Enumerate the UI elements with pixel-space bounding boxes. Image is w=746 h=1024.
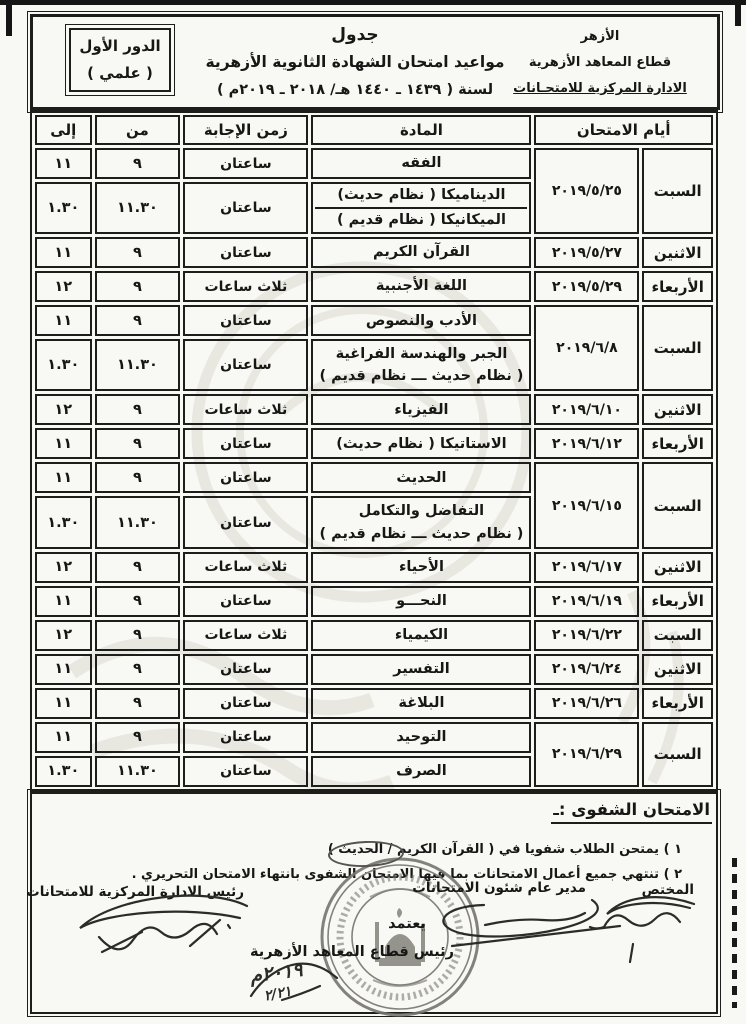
- exam-row: السبت٢٠١٩/٦/٨الأدب والنصوصساعتان٩١١: [35, 305, 713, 336]
- subject-line: البلاغة: [315, 692, 527, 714]
- subject-block: الجبر والهندسة الفراغية( نظام حديث ـــ ن…: [315, 341, 527, 389]
- day-cell: الأربعاء: [642, 586, 713, 617]
- to-cell: ١١: [35, 305, 92, 336]
- duration-cell: ساعتان: [183, 182, 308, 234]
- date-cell: ٢٠١٩/٦/٢٤: [534, 654, 639, 685]
- day-cell: السبت: [642, 148, 713, 234]
- subject-lines: النحـــو: [315, 588, 527, 615]
- subject-line: ( نظام حديث ـــ نظام قديم ): [315, 523, 527, 545]
- exam-row: الأربعاء٢٠١٩/٦/١٩النحـــوساعتان٩١١: [35, 586, 713, 617]
- subject-line: التفسير: [315, 658, 527, 680]
- document-page: الأزهر قطاع المعاهد الأزهرية الادارة الم…: [0, 0, 746, 1024]
- scan-artifact-left: [6, 0, 12, 36]
- exam-table: أيام الامتحان المادة زمن الإجابة من إلى …: [32, 112, 716, 790]
- day-cell: الأربعاء: [642, 688, 713, 719]
- subject-block: النحـــو: [315, 588, 527, 615]
- signature-label-exams-director: مدير عام شئون الامتحانات: [412, 880, 586, 896]
- to-cell: ١.٣٠: [35, 496, 92, 548]
- day-cell: الأربعاء: [642, 271, 713, 302]
- to-cell: ١١: [35, 237, 92, 268]
- to-cell: ١١: [35, 586, 92, 617]
- subject-line: الصرف: [315, 760, 527, 782]
- subject-cell: التوحيد: [311, 722, 531, 753]
- subject-line: الحديث: [315, 467, 527, 489]
- doc-subtitle: مواعيد امتحان الشهادة الثانوية الأزهرية: [201, 48, 509, 76]
- from-cell: ١١.٣٠: [95, 496, 181, 548]
- subject-line: الكيمياء: [315, 624, 527, 646]
- exam-row: الاثنين٢٠١٩/٥/٢٧القرآن الكريمساعتان٩١١: [35, 237, 713, 268]
- to-cell: ١.٣٠: [35, 182, 92, 234]
- subject-lines: البلاغة: [315, 690, 527, 717]
- subject-lines: التوحيد: [315, 724, 527, 751]
- date-cell: ٢٠١٩/٥/٢٩: [534, 271, 639, 302]
- subject-block: اللغة الأجنبية: [315, 273, 527, 300]
- header-exam-days: أيام الامتحان: [534, 115, 713, 145]
- date-cell: ٢٠١٩/٦/٢٩: [534, 722, 639, 787]
- subject-block: البلاغة: [315, 690, 527, 717]
- from-cell: ٩: [95, 462, 181, 493]
- from-cell: ٩: [95, 688, 181, 719]
- subject-lines: التفسير: [315, 656, 527, 683]
- subject-block: الفيزياء: [315, 396, 527, 423]
- subject-line: الاستاتيكا ( نظام حديث): [315, 433, 527, 455]
- to-cell: ١.٣٠: [35, 339, 92, 391]
- to-cell: ١١: [35, 148, 92, 179]
- subject-lines: القرآن الكريم: [315, 239, 527, 266]
- day-cell: السبت: [642, 462, 713, 548]
- duration-cell: ساعتان: [183, 428, 308, 459]
- date-cell: ٢٠١٩/٦/٢٢: [534, 620, 639, 651]
- subject-block: الفقه: [315, 150, 527, 177]
- doc-title: جدول: [201, 22, 509, 48]
- subject-cell: الاستاتيكا ( نظام حديث): [311, 428, 531, 459]
- subject-line: الأحياء: [315, 556, 527, 578]
- exam-row: السبت٢٠١٩/٦/٢٩التوحيدساعتان٩١١: [35, 722, 713, 753]
- org-line-1: الأزهر: [491, 24, 709, 50]
- subject-block: الأدب والنصوص: [315, 307, 527, 334]
- subject-cell: الأدب والنصوص: [311, 305, 531, 336]
- to-cell: ١١: [35, 654, 92, 685]
- subject-cell: النحـــو: [311, 586, 531, 617]
- subject-block: القرآن الكريم: [315, 239, 527, 266]
- subject-lines: الديناميكا ( نظام حديث)الميكانيكا ( نظام…: [315, 184, 527, 232]
- subject-block: الاستاتيكا ( نظام حديث): [315, 430, 527, 457]
- subject-cell: الحديث: [311, 462, 531, 493]
- subject-line: اللغة الأجنبية: [315, 275, 527, 297]
- duration-cell: ساعتان: [183, 305, 308, 336]
- subject-cell: البلاغة: [311, 688, 531, 719]
- subject-line: النحـــو: [315, 590, 527, 612]
- to-cell: ١٢: [35, 271, 92, 302]
- to-cell: ١١: [35, 462, 92, 493]
- table-header-row: أيام الامتحان المادة زمن الإجابة من إلى: [35, 115, 713, 145]
- subject-cell: التفسير: [311, 654, 531, 685]
- subject-lines: الحديث: [315, 464, 527, 491]
- exam-table-section: أيام الامتحان المادة زمن الإجابة من إلى …: [30, 110, 718, 792]
- approval-word: يعتمد: [362, 916, 452, 932]
- date-cell: ٢٠١٩/٦/١٢: [534, 428, 639, 459]
- duration-cell: ساعتان: [183, 496, 308, 548]
- duration-cell: ساعتان: [183, 237, 308, 268]
- approver-title: رئيس قطاع المعاهد الأزهرية: [202, 944, 502, 960]
- round-box: الدور الأول ( علمي ): [69, 28, 171, 92]
- day-cell: الأربعاء: [642, 428, 713, 459]
- subject-lines: اللغة الأجنبية: [315, 273, 527, 300]
- from-cell: ٩: [95, 237, 181, 268]
- subject-lines: الاستاتيكا ( نظام حديث): [315, 430, 527, 457]
- from-cell: ١١.٣٠: [95, 182, 181, 234]
- from-cell: ٩: [95, 305, 181, 336]
- subject-cell: الجبر والهندسة الفراغية( نظام حديث ـــ ن…: [311, 339, 531, 391]
- exam-row: الأربعاء٢٠١٩/٦/٢٦البلاغةساعتان٩١١: [35, 688, 713, 719]
- header-subject: المادة: [311, 115, 531, 145]
- subject-line: الجبر والهندسة الفراغية: [315, 343, 527, 365]
- to-cell: ١١: [35, 688, 92, 719]
- day-cell: الاثنين: [642, 237, 713, 268]
- subject-lines: الفيزياء: [315, 396, 527, 423]
- day-cell: السبت: [642, 620, 713, 651]
- handwritten-year: ٢٠١٩م: [249, 959, 304, 987]
- subject-lines: التفاضل والتكامل( نظام حديث ـــ نظام قدي…: [315, 498, 527, 546]
- day-cell: الاثنين: [642, 654, 713, 685]
- date-cell: ٢٠١٩/٦/٢٦: [534, 688, 639, 719]
- exam-row: الأربعاء٢٠١٩/٥/٢٩اللغة الأجنبيةثلاث ساعا…: [35, 271, 713, 302]
- duration-cell: ساعتان: [183, 462, 308, 493]
- subject-cell: الديناميكا ( نظام حديث)الميكانيكا ( نظام…: [311, 182, 531, 234]
- org-block: الأزهر قطاع المعاهد الأزهرية الادارة الم…: [491, 24, 709, 102]
- from-cell: ٩: [95, 428, 181, 459]
- subject-block: التوحيد: [315, 724, 527, 751]
- from-cell: ٩: [95, 654, 181, 685]
- subject-cell: التفاضل والتكامل( نظام حديث ـــ نظام قدي…: [311, 496, 531, 548]
- date-cell: ٢٠١٩/٦/١٠: [534, 394, 639, 425]
- duration-cell: ساعتان: [183, 722, 308, 753]
- day-cell: الاثنين: [642, 394, 713, 425]
- title-block: جدول مواعيد امتحان الشهادة الثانوية الأز…: [201, 22, 509, 104]
- scan-artifact-top: [0, 0, 746, 5]
- subject-lines: الكيمياء: [315, 622, 527, 649]
- duration-cell: ثلاث ساعات: [183, 620, 308, 651]
- from-cell: ٩: [95, 722, 181, 753]
- exam-row: الاثنين٢٠١٩/٦/١٠الفيزياءثلاث ساعات٩١٢: [35, 394, 713, 425]
- header-to: إلى: [35, 115, 92, 145]
- duration-cell: ثلاث ساعات: [183, 394, 308, 425]
- exam-row: السبت٢٠١٩/٦/٢٢الكيمياءثلاث ساعات٩١٢: [35, 620, 713, 651]
- from-cell: ٩: [95, 394, 181, 425]
- subject-lines: الأدب والنصوص: [315, 307, 527, 334]
- to-cell: ١١: [35, 428, 92, 459]
- duration-cell: ثلاث ساعات: [183, 552, 308, 583]
- official-round-stamp: [315, 852, 485, 1022]
- exam-table-body: السبت٢٠١٩/٥/٢٥الفقهساعتان٩١١الديناميكا (…: [35, 148, 713, 787]
- to-cell: ١٢: [35, 394, 92, 425]
- subject-cell: الكيمياء: [311, 620, 531, 651]
- day-cell: السبت: [642, 722, 713, 787]
- subject-line: ( نظام حديث ـــ نظام قديم ): [315, 365, 527, 387]
- from-cell: ١١.٣٠: [95, 339, 181, 391]
- subject-lines: الأحياء: [315, 554, 527, 581]
- org-line-3: الادارة المركزية للامتحـانات: [491, 76, 709, 102]
- duration-cell: ثلاث ساعات: [183, 271, 308, 302]
- date-cell: ٢٠١٩/٦/١٩: [534, 586, 639, 617]
- signature-label-central-admin-head: رئيس الادارة المركزية للامتحانات: [26, 884, 244, 900]
- date-cell: ٢٠١٩/٦/٨: [534, 305, 639, 391]
- from-cell: ٩: [95, 552, 181, 583]
- subject-line: التوحيد: [315, 726, 527, 748]
- to-cell: ١٢: [35, 620, 92, 651]
- subject-cell: الأحياء: [311, 552, 531, 583]
- subject-block: الديناميكا ( نظام حديث): [315, 184, 527, 207]
- exam-row: السبت٢٠١٩/٥/٢٥الفقهساعتان٩١١: [35, 148, 713, 179]
- day-cell: السبت: [642, 305, 713, 391]
- date-cell: ٢٠١٩/٦/١٥: [534, 462, 639, 548]
- subject-block: الكيمياء: [315, 622, 527, 649]
- subject-block: الأحياء: [315, 554, 527, 581]
- document-header: الأزهر قطاع المعاهد الأزهرية الادارة الم…: [30, 14, 720, 110]
- exam-row: السبت٢٠١٩/٦/١٥الحديثساعتان٩١١: [35, 462, 713, 493]
- subject-block: الميكانيكا ( نظام قديم ): [315, 207, 527, 232]
- subject-cell: القرآن الكريم: [311, 237, 531, 268]
- header-duration: زمن الإجابة: [183, 115, 308, 145]
- subject-cell: الصرف: [311, 756, 531, 787]
- subject-cell: الفقه: [311, 148, 531, 179]
- exam-row: الاثنين٢٠١٩/٦/٢٤التفسيرساعتان٩١١: [35, 654, 713, 685]
- subject-block: التفاضل والتكامل( نظام حديث ـــ نظام قدي…: [315, 498, 527, 546]
- subject-lines: الجبر والهندسة الفراغية( نظام حديث ـــ ن…: [315, 341, 527, 389]
- duration-cell: ساعتان: [183, 654, 308, 685]
- scan-artifact-right: [735, 0, 741, 26]
- exam-row: الاثنين٢٠١٩/٦/١٧الأحياءثلاث ساعات٩١٢: [35, 552, 713, 583]
- date-cell: ٢٠١٩/٦/١٧: [534, 552, 639, 583]
- subject-line: التفاضل والتكامل: [315, 500, 527, 522]
- subject-line: الميكانيكا ( نظام قديم ): [315, 209, 527, 231]
- from-cell: ٩: [95, 148, 181, 179]
- duration-cell: ساعتان: [183, 339, 308, 391]
- subject-line: الديناميكا ( نظام حديث): [315, 184, 527, 206]
- scan-artifact-edge: [732, 858, 737, 1008]
- subject-block: التفسير: [315, 656, 527, 683]
- subject-block: الحديث: [315, 464, 527, 491]
- subject-line: الفيزياء: [315, 399, 527, 421]
- from-cell: ٩: [95, 586, 181, 617]
- org-line-2: قطاع المعاهد الأزهرية: [491, 50, 709, 76]
- round-line-1: الدور الأول: [79, 33, 160, 60]
- from-cell: ٩: [95, 271, 181, 302]
- subject-lines: الصرف: [315, 758, 527, 785]
- subject-line: القرآن الكريم: [315, 241, 527, 263]
- date-cell: ٢٠١٩/٥/٢٧: [534, 237, 639, 268]
- day-cell: الاثنين: [642, 552, 713, 583]
- subject-line: الفقه: [315, 152, 527, 174]
- exam-row: الأربعاء٢٠١٩/٦/١٢الاستاتيكا ( نظام حديث)…: [35, 428, 713, 459]
- subject-lines: الفقه: [315, 150, 527, 177]
- oral-exam-section: الامتحان الشفوى :ـ ١ ) يمتحن الطلاب شفوي…: [30, 792, 718, 1014]
- oral-exam-heading: الامتحان الشفوى :ـ: [551, 800, 712, 824]
- header-from: من: [95, 115, 181, 145]
- doc-year: لسنة ( ١٤٣٩ ـ ١٤٤٠ هـ/ ٢٠١٨ ـ ٢٠١٩م ): [201, 76, 509, 104]
- date-cell: ٢٠١٩/٥/٢٥: [534, 148, 639, 234]
- signature-label-specialist: المختص: [642, 882, 694, 898]
- subject-cell: اللغة الأجنبية: [311, 271, 531, 302]
- to-cell: ١٢: [35, 552, 92, 583]
- round-line-2: ( علمي ): [87, 60, 153, 87]
- from-cell: ٩: [95, 620, 181, 651]
- duration-cell: ساعتان: [183, 148, 308, 179]
- from-cell: ١١.٣٠: [95, 756, 181, 787]
- to-cell: ١.٣٠: [35, 756, 92, 787]
- duration-cell: ساعتان: [183, 756, 308, 787]
- handwritten-day: ٢/٢١: [263, 984, 293, 1005]
- subject-block: الصرف: [315, 758, 527, 785]
- subject-line: الأدب والنصوص: [315, 310, 527, 332]
- duration-cell: ساعتان: [183, 688, 308, 719]
- subject-cell: الفيزياء: [311, 394, 531, 425]
- duration-cell: ساعتان: [183, 586, 308, 617]
- to-cell: ١١: [35, 722, 92, 753]
